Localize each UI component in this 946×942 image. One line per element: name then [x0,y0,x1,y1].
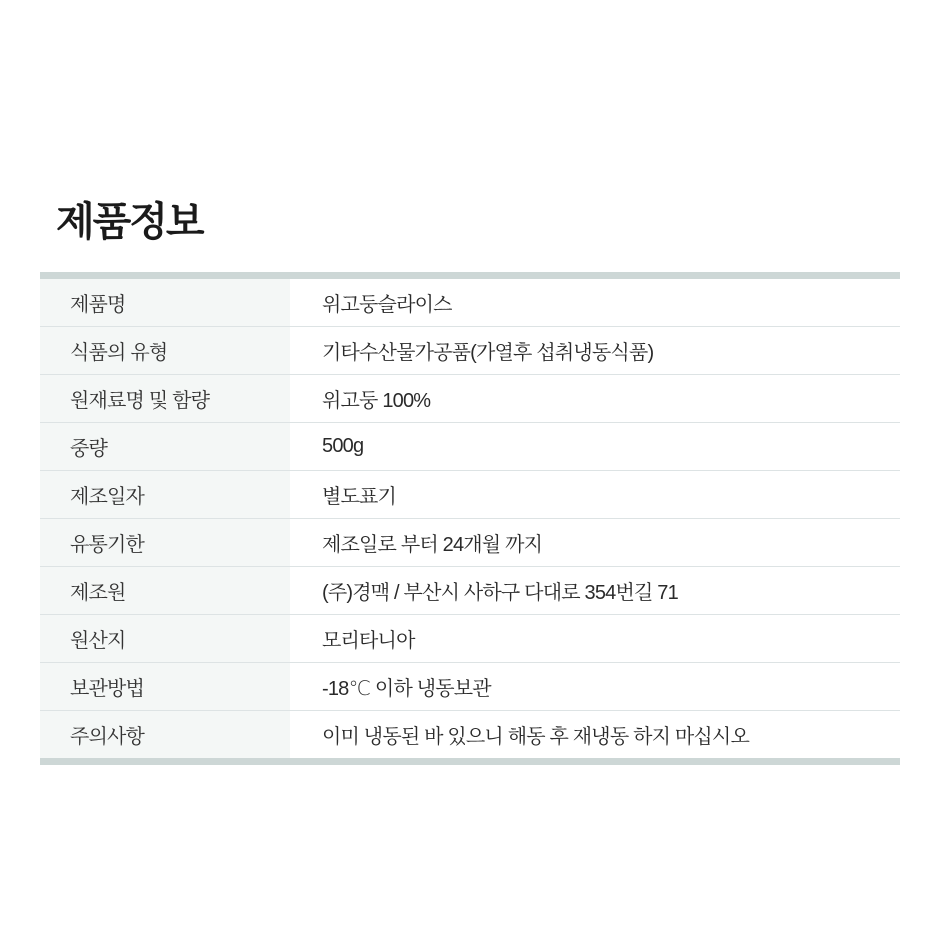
row-value: 모리타니아 [290,615,900,662]
row-value: (주)경맥 / 부산시 사하구 다대로 354번길 71 [290,567,900,614]
table-row: 원재료명 및 함량 위고둥 100% [40,375,900,423]
row-value: 500g [290,423,900,470]
row-label: 중량 [40,423,290,470]
row-label: 제품명 [40,279,290,326]
row-value: 제조일로 부터 24개월 까지 [290,519,900,566]
row-value: 별도표기 [290,471,900,518]
row-label: 식품의 유형 [40,327,290,374]
row-label: 제조원 [40,567,290,614]
row-label: 보관방법 [40,663,290,710]
page-title: 제품정보 [56,196,203,248]
table-row: 유통기한 제조일로 부터 24개월 까지 [40,519,900,567]
row-value: 이미 냉동된 바 있으니 해동 후 재냉동 하지 마십시오 [290,711,900,758]
table-row: 원산지 모리타니아 [40,615,900,663]
row-value: -18℃ 이하 냉동보관 [290,663,900,710]
table-row: 보관방법 -18℃ 이하 냉동보관 [40,663,900,711]
row-label: 제조일자 [40,471,290,518]
table-row: 식품의 유형 기타수산물가공품(가열후 섭취냉동식품) [40,327,900,375]
row-label: 주의사항 [40,711,290,758]
table-row: 중량 500g [40,423,900,471]
product-info-table: 제품명 위고둥슬라이스 식품의 유형 기타수산물가공품(가열후 섭취냉동식품) … [40,272,900,765]
row-value: 위고둥슬라이스 [290,279,900,326]
table-row: 제품명 위고둥슬라이스 [40,279,900,327]
table-row: 제조원 (주)경맥 / 부산시 사하구 다대로 354번길 71 [40,567,900,615]
table-row: 제조일자 별도표기 [40,471,900,519]
row-label: 유통기한 [40,519,290,566]
row-value: 위고둥 100% [290,375,900,422]
product-info-page: 제품정보 제품명 위고둥슬라이스 식품의 유형 기타수산물가공품(가열후 섭취냉… [0,0,946,942]
row-label: 원재료명 및 함량 [40,375,290,422]
row-label: 원산지 [40,615,290,662]
table-row: 주의사항 이미 냉동된 바 있으니 해동 후 재냉동 하지 마십시오 [40,711,900,758]
row-value: 기타수산물가공품(가열후 섭취냉동식품) [290,327,900,374]
